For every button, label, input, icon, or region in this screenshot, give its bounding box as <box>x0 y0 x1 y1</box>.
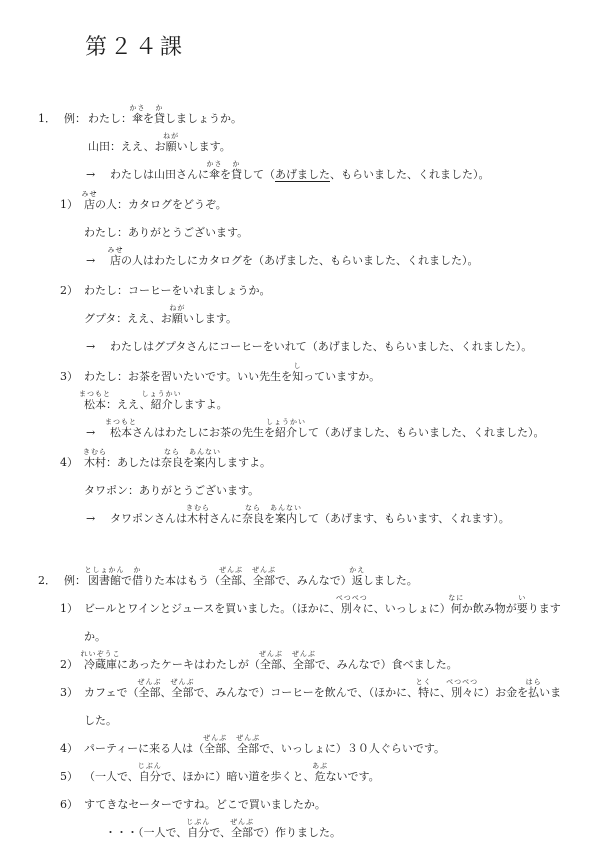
section1-number: 1． <box>38 105 64 133</box>
s1-item-2: 2） わたし：コーヒーをいれましょうか。 <box>60 277 599 305</box>
item-sentence: （一人で、自分じぶんで、ほかに）暗い道を歩くと、危あぶないです。 <box>84 763 566 791</box>
section-1: 1． 例： わたし：傘かさを貸かしましょうか。 山田：ええ、お願ねがいします。 … <box>0 105 599 533</box>
answer-row: → タワポンさんは木村きむらさんに奈良ならを案内あんないして（あげます、もらいま… <box>86 505 599 533</box>
worksheet-page: 第２４課 1． 例： わたし：傘かさを貸かしましょうか。 山田：ええ、お願ねがい… <box>0 0 599 848</box>
s2-item-6: 6） すてきなセーターですね。どこで買いましたか。 <box>60 791 599 819</box>
s2-item-5: 5） （一人で、自分じぶんで、ほかに）暗い道を歩くと、危あぶないです。 <box>60 763 599 791</box>
answer-text: 松本まつもとさんはわたしにお茶の先生を紹介しょうかいして（あげました、もらいまし… <box>110 419 545 447</box>
item-number: 6） <box>60 791 84 819</box>
example-label: 例： <box>64 105 88 133</box>
answer-row: → 店みせの人はわたしにカタログを（あげました、もらいました、くれました）。 <box>86 247 599 275</box>
s1-item-4: 4） 木村きむら：あしたは奈良ならを案内あんないしますよ。 <box>60 449 599 477</box>
item-number: 5） <box>60 763 84 791</box>
item-number: 1） <box>60 191 84 219</box>
answer-row: → わたしはグプタさんにコーヒーをいれて（あげました、もらいました、くれました）… <box>86 333 599 361</box>
s1-item-1: 1） 店みせの人：カタログをどうぞ。 <box>60 191 599 219</box>
example-sentence: 図書館としょかんで借かりた本はもう（全部ぜんぶ、全部ぜんぶで、みんなで）返かえし… <box>88 567 558 595</box>
dialogue-line: わたし：お茶を習いたいです。いい先生を知しっていますか。 <box>84 363 380 391</box>
item-sentence: すてきなセーターですね。どこで買いましたか。 <box>84 791 566 819</box>
answer-text: わたしは山田さんに傘かさを貸かして（あげました、もらいました、くれました）。 <box>110 161 490 189</box>
s2-item-1: 1） ビールとワインとジュースを買いました。（ほかに、別々べつべつに、いっしょに… <box>60 595 599 651</box>
dialogue-line: 店みせの人：カタログをどうぞ。 <box>84 191 227 219</box>
item-number: 2） <box>60 277 84 305</box>
s1-item-3: 3） わたし：お茶を習いたいです。いい先生を知しっていますか。 <box>60 363 599 391</box>
s2-item-4: 4） パーティーに来る人は（全部ぜんぶ、全部ぜんぶで、いっしょに）３０人ぐらいで… <box>60 735 599 763</box>
item-answer-line: ・・・（一人で、自分じぶんで、全部ぜんぶで）作りました。 <box>105 819 599 847</box>
answer-text: タワポンさんは木村きむらさんに奈良ならを案内あんないして（あげます、もらいます、… <box>110 505 510 533</box>
s2-item-2: 2） 冷蔵庫れいぞうこにあったケーキはわたしが（全部ぜんぶ、全部ぜんぶで、みんな… <box>60 651 599 679</box>
item-number: 4） <box>60 735 84 763</box>
dialogue-line: 木村きむら：あしたは奈良ならを案内あんないしますよ。 <box>84 449 271 477</box>
item-sentence: パーティーに来る人は（全部ぜんぶ、全部ぜんぶで、いっしょに）３０人ぐらいです。 <box>84 735 566 763</box>
dialogue-line: 山田：ええ、お願ねがいします。 <box>88 133 599 161</box>
arrow-icon: → <box>86 333 110 361</box>
item-number: 3） <box>60 679 84 735</box>
dialogue-line: わたし：ありがとうございます。 <box>84 219 599 247</box>
arrow-icon: → <box>86 247 110 275</box>
dialogue-line: 松本まつもと：ええ、紹介しょうかいしますよ。 <box>84 391 599 419</box>
arrow-icon: → <box>86 161 110 189</box>
item-number: 4） <box>60 449 84 477</box>
dialogue-line: わたし：コーヒーをいれましょうか。 <box>84 277 271 305</box>
item-sentence: 冷蔵庫れいぞうこにあったケーキはわたしが（全部ぜんぶ、全部ぜんぶで、みんなで）食… <box>84 651 566 679</box>
item-sentence: カフェで（全部ぜんぶ、全部ぜんぶで、みんなで）コーヒーを飲んで、（ほかに、特とく… <box>84 679 566 735</box>
section2-example-heading: 2． 例： 図書館としょかんで借かりた本はもう（全部ぜんぶ、全部ぜんぶで、みんな… <box>38 567 599 595</box>
answer-text: わたしはグプタさんにコーヒーをいれて（あげました、もらいました、くれました）。 <box>110 333 532 361</box>
answer-row: → 松本まつもとさんはわたしにお茶の先生を紹介しょうかいして（あげました、もらい… <box>86 419 599 447</box>
s2-item-3: 3） カフェで（全部ぜんぶ、全部ぜんぶで、みんなで）コーヒーを飲んで、（ほかに、… <box>60 679 599 735</box>
section2-number: 2． <box>38 567 64 595</box>
section-2: 2． 例： 図書館としょかんで借かりた本はもう（全部ぜんぶ、全部ぜんぶで、みんな… <box>0 567 599 847</box>
item-sentence: ビールとワインとジュースを買いました。（ほかに、別々べつべつに、いっしょに）何な… <box>84 595 566 651</box>
page-title: 第２４課 <box>85 30 599 61</box>
item-number: 1） <box>60 595 84 651</box>
dialogue-line: わたし：傘かさを貸かしましょうか。 <box>88 105 242 133</box>
dialogue-line: グプタ：ええ、お願ねがいします。 <box>84 305 599 333</box>
answer-row: → わたしは山田さんに傘かさを貸かして（あげました、もらいました、くれました）。 <box>86 161 599 189</box>
arrow-icon: → <box>86 505 110 533</box>
item-number: 3） <box>60 363 84 391</box>
section1-example-heading: 1． 例： わたし：傘かさを貸かしましょうか。 <box>38 105 599 133</box>
answer-text: 店みせの人はわたしにカタログを（あげました、もらいました、くれました）。 <box>110 247 479 275</box>
dialogue-line: タワポン：ありがとうございます。 <box>84 477 599 505</box>
